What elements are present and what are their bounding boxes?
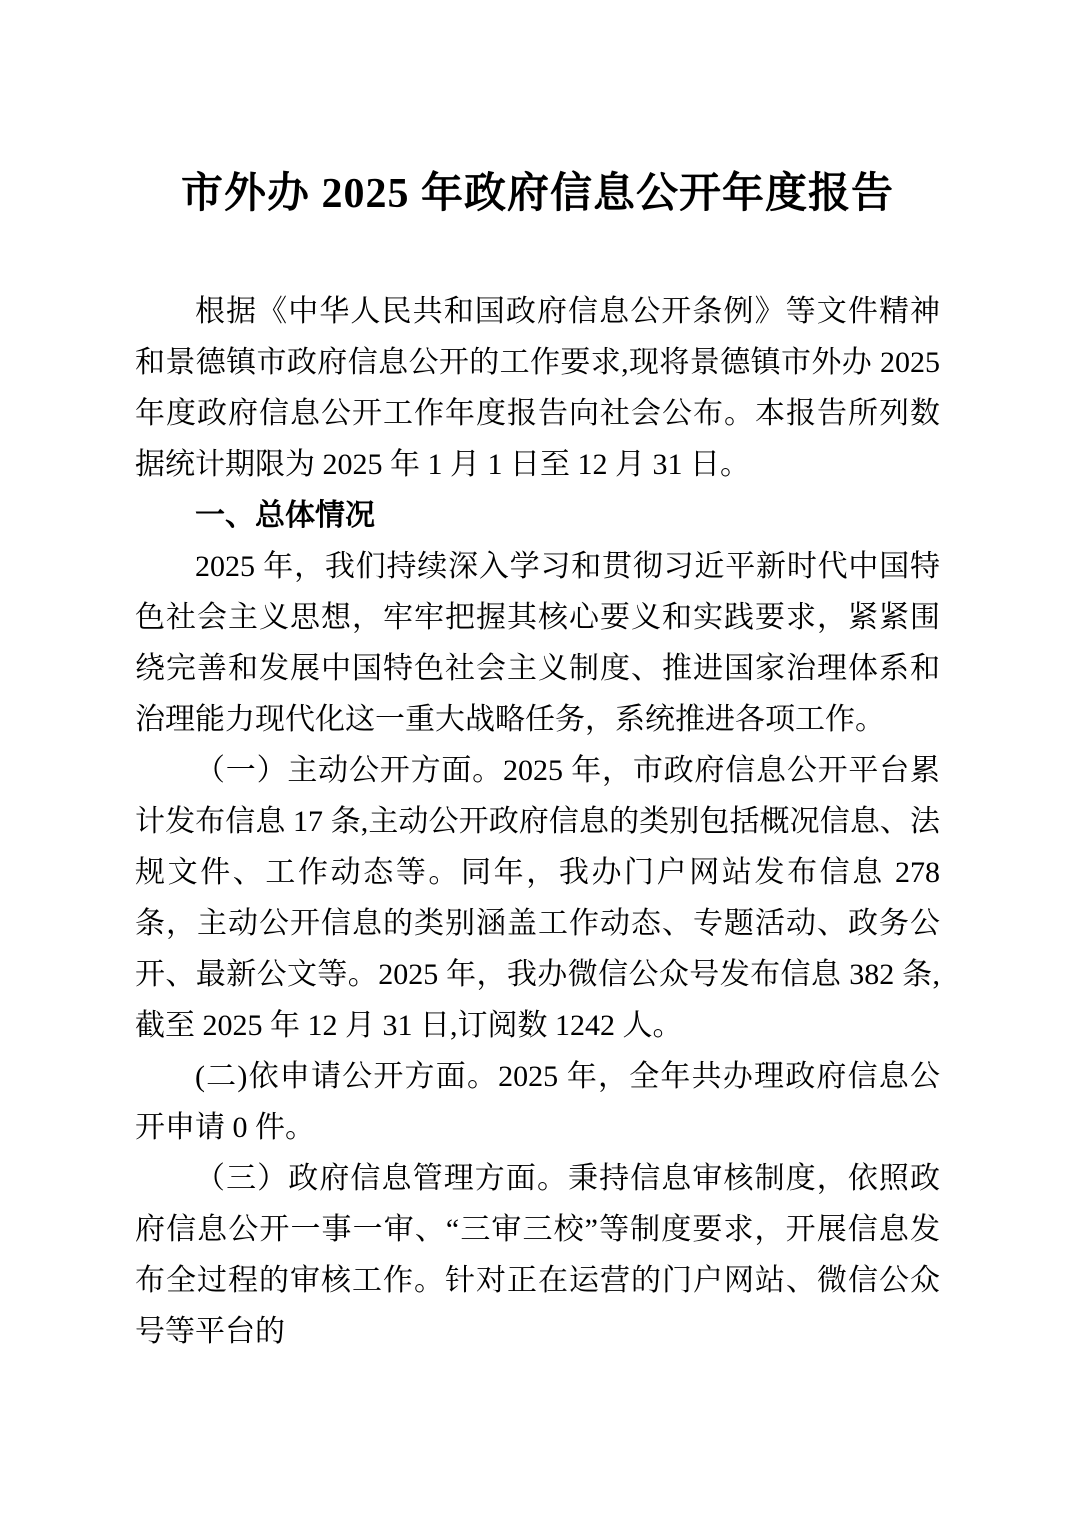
document-page: 市外办 2025 年政府信息公开年度报告 根据《中华人民共和国政府信息公开条例》…: [0, 0, 1074, 1520]
document-body: 根据《中华人民共和国政府信息公开条例》等文件精神和景德镇市政府信息公开的工作要求…: [135, 286, 940, 1357]
section-heading: 一、总体情况: [135, 490, 940, 541]
paragraph: 根据《中华人民共和国政府信息公开条例》等文件精神和景德镇市政府信息公开的工作要求…: [135, 286, 940, 490]
paragraph: 2025 年，我们持续深入学习和贯彻习近平新时代中国特色社会主义思想，牢牢把握其…: [135, 541, 940, 745]
paragraph: （三）政府信息管理方面。秉持信息审核制度，依照政府信息公开一事一审、“三审三校”…: [135, 1153, 940, 1357]
paragraph: （一）主动公开方面。2025 年，市政府信息公开平台累计发布信息 17 条,主动…: [135, 745, 940, 1051]
document-title: 市外办 2025 年政府信息公开年度报告: [135, 168, 940, 220]
paragraph: (二)依申请公开方面。2025 年，全年共办理政府信息公开申请 0 件。: [135, 1051, 940, 1153]
